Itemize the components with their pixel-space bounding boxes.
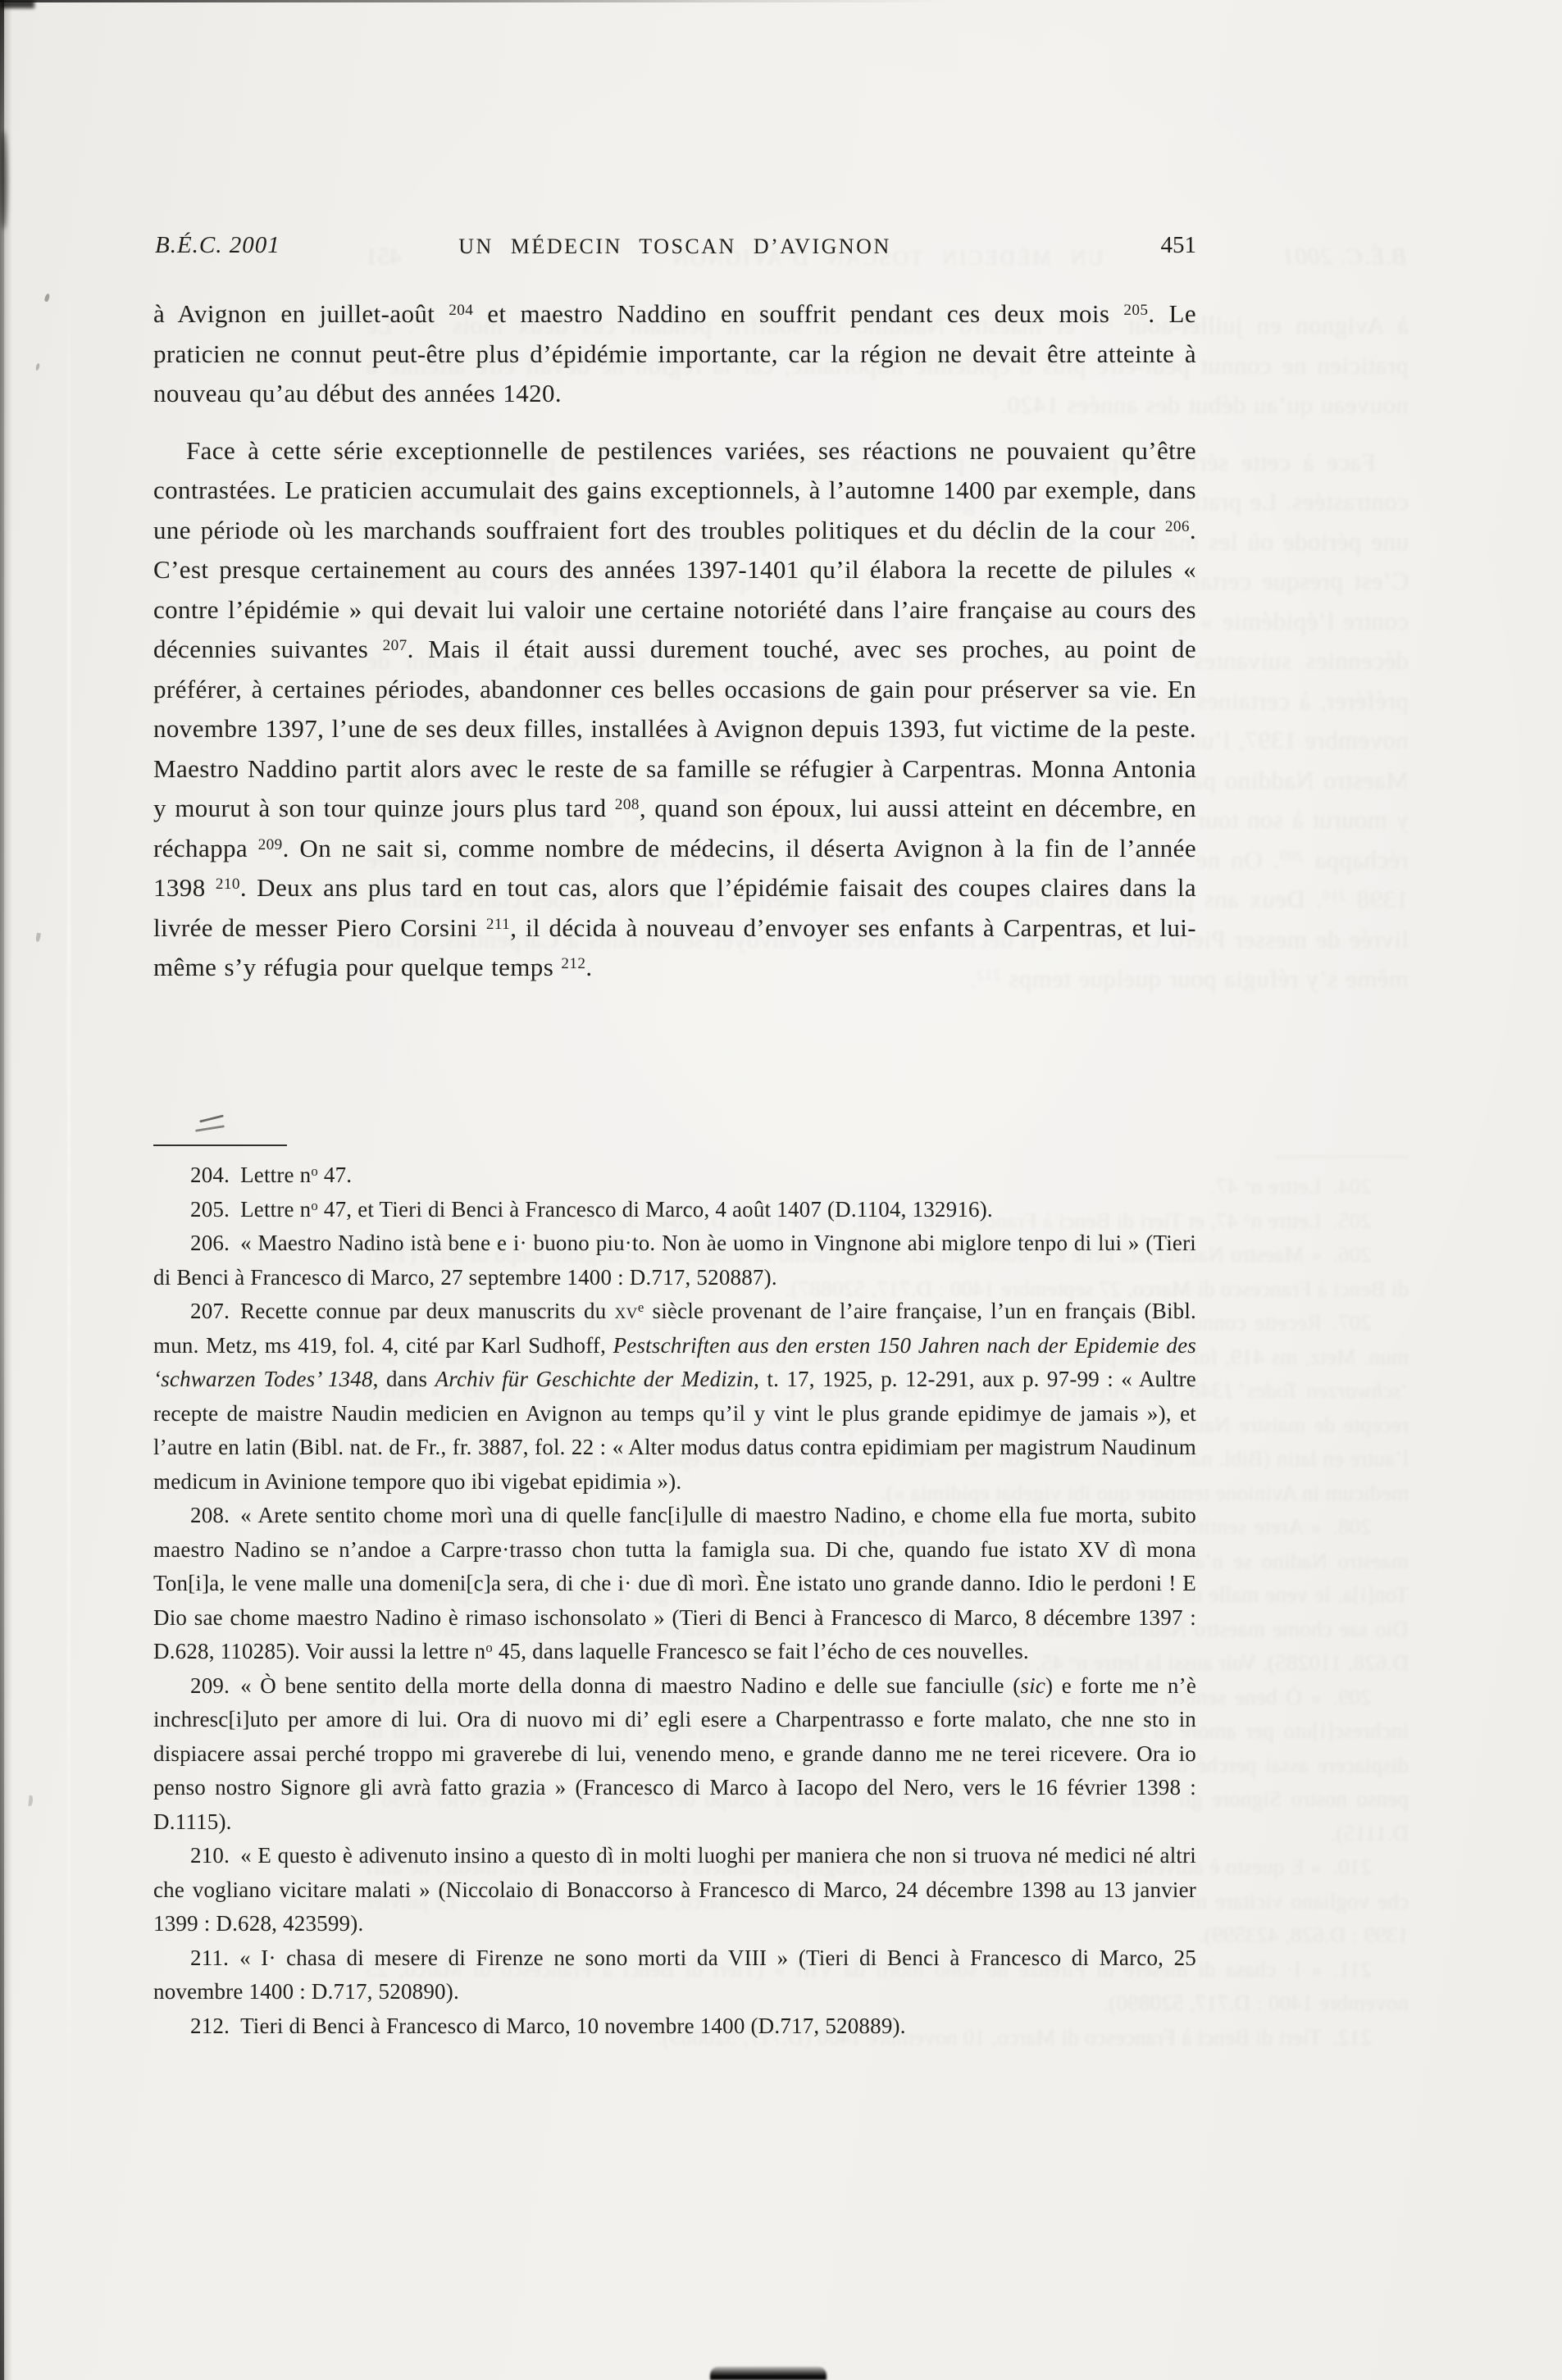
footnote-209: 209.« Ò bene sentito della morte della d… — [153, 1669, 1196, 1840]
scan-speck-4 — [28, 1795, 33, 1806]
footnote-211: 211.« I· chasa di mesere di Firenze ne s… — [153, 1941, 1196, 2009]
footnote-206: 206.« Maestro Nadino istà bene e i· buon… — [153, 1226, 1196, 1295]
footnote-separator — [153, 1144, 287, 1146]
running-header: B.É.C. 2001 UN MÉDECIN TOSCAN D’AVIGNON … — [153, 232, 1196, 268]
footnote-number: 212. — [190, 2014, 240, 2038]
scan-edge-blotch — [0, 131, 7, 230]
running-title: UN MÉDECIN TOSCAN D’AVIGNON — [458, 234, 890, 259]
scan-edge-top-line — [0, 0, 951, 2]
footnote-212: 212.Tieri di Benci à Francesco di Marco,… — [153, 2009, 1196, 2044]
footnote-number: 206. — [190, 1231, 240, 1255]
paragraph-2: Face à cette série exceptionnelle de pes… — [153, 431, 1196, 988]
scan-speck-3 — [35, 933, 41, 943]
footnote-number: 209. — [190, 1673, 240, 1698]
scanned-page: B.É.C. 2001 UN MÉDECIN TOSCAN D’AVIGNON … — [0, 0, 1562, 2380]
scan-edge-left-line — [0, 0, 4, 2380]
footnote-208: 208.« Arete sentito chome morì una di qu… — [153, 1499, 1196, 1669]
footnote-number: 208. — [190, 1503, 240, 1527]
footnote-number: 207. — [190, 1299, 240, 1323]
footnote-205: 205.Lettre no 47, et Tieri di Benci à Fr… — [153, 1193, 1196, 1227]
pencil-mark-1 — [199, 1114, 224, 1122]
journal-reference: B.É.C. 2001 — [155, 232, 280, 259]
footnote-210: 210.« E questo è adivenuto insino a ques… — [153, 1839, 1196, 1941]
scan-speck-1 — [44, 293, 51, 302]
paper-crease — [67, 213, 71, 2263]
footnote-207: 207.Recette connue par deux manuscrits d… — [153, 1295, 1196, 1499]
pencil-mark-2 — [195, 1125, 225, 1132]
footnote-number: 204. — [190, 1163, 240, 1187]
body-text: à Avignon en juillet-août 204 et maestro… — [153, 294, 1196, 988]
page-number: 451 — [1161, 232, 1197, 259]
scanner-mark-bottom — [710, 2367, 827, 2380]
footnote-number: 210. — [190, 1843, 240, 1868]
scan-corner-mark — [0, 0, 34, 8]
footnote-204: 204.Lettre no 47. — [153, 1158, 1196, 1193]
scan-speck-2 — [35, 363, 40, 371]
footnotes-section: 204.Lettre no 47.205.Lettre no 47, et Ti… — [153, 1158, 1196, 2043]
footnote-number: 211. — [190, 1945, 239, 1970]
paragraph-1: à Avignon en juillet-août 204 et maestro… — [153, 294, 1196, 414]
footnote-number: 205. — [190, 1197, 240, 1222]
scan-edge-left-shadow — [0, 0, 12, 2380]
page-content: B.É.C. 2001 UN MÉDECIN TOSCAN D’AVIGNON … — [153, 232, 1196, 988]
